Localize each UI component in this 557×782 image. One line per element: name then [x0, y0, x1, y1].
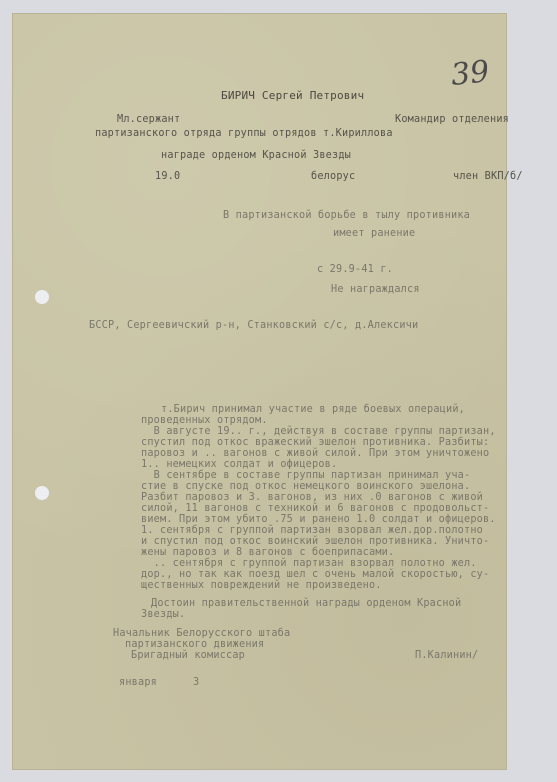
birth-year: 19.0 — [155, 171, 180, 183]
punch-hole — [35, 290, 49, 304]
signatory-name: П.Калинин/ — [415, 650, 478, 662]
person-name: БИРИЧ Сергей Петрович — [221, 90, 364, 102]
date-day: 3 — [193, 677, 199, 689]
handwritten-page-number: 39 — [449, 54, 491, 93]
not-awarded: Не награждался — [331, 284, 420, 296]
party: член ВКП/б/ — [453, 171, 523, 183]
nationality: белорус — [311, 171, 355, 183]
address: БССР, Сергеевичский р-н, Станковский с/с… — [89, 320, 418, 332]
document-page: 39 БИРИЧ Сергей Петрович Мл.сержант Кома… — [13, 14, 506, 769]
signature-title-3: Бригадный комиссар — [131, 650, 245, 662]
service-line-1: В партизанской борьбе в тылу противника — [223, 210, 470, 222]
unit: партизанского отряда группы отрядов т.Ки… — [95, 128, 393, 140]
position: Командир отделения — [395, 114, 509, 126]
rank: Мл.сержант — [117, 114, 180, 126]
date-month: января — [119, 677, 157, 689]
punch-hole — [35, 486, 49, 500]
body-line: щественных повреждений не произведено. — [141, 580, 382, 592]
since-date: с 29.9-41 г. — [317, 264, 393, 276]
recommendation-line: Достоин правительственной награды ордено… — [151, 598, 461, 610]
recommendation-line: Звезды. — [141, 609, 185, 621]
award-line: награде орденом Красной Звезды — [161, 150, 351, 162]
service-line-2: имеет ранение — [333, 228, 415, 240]
